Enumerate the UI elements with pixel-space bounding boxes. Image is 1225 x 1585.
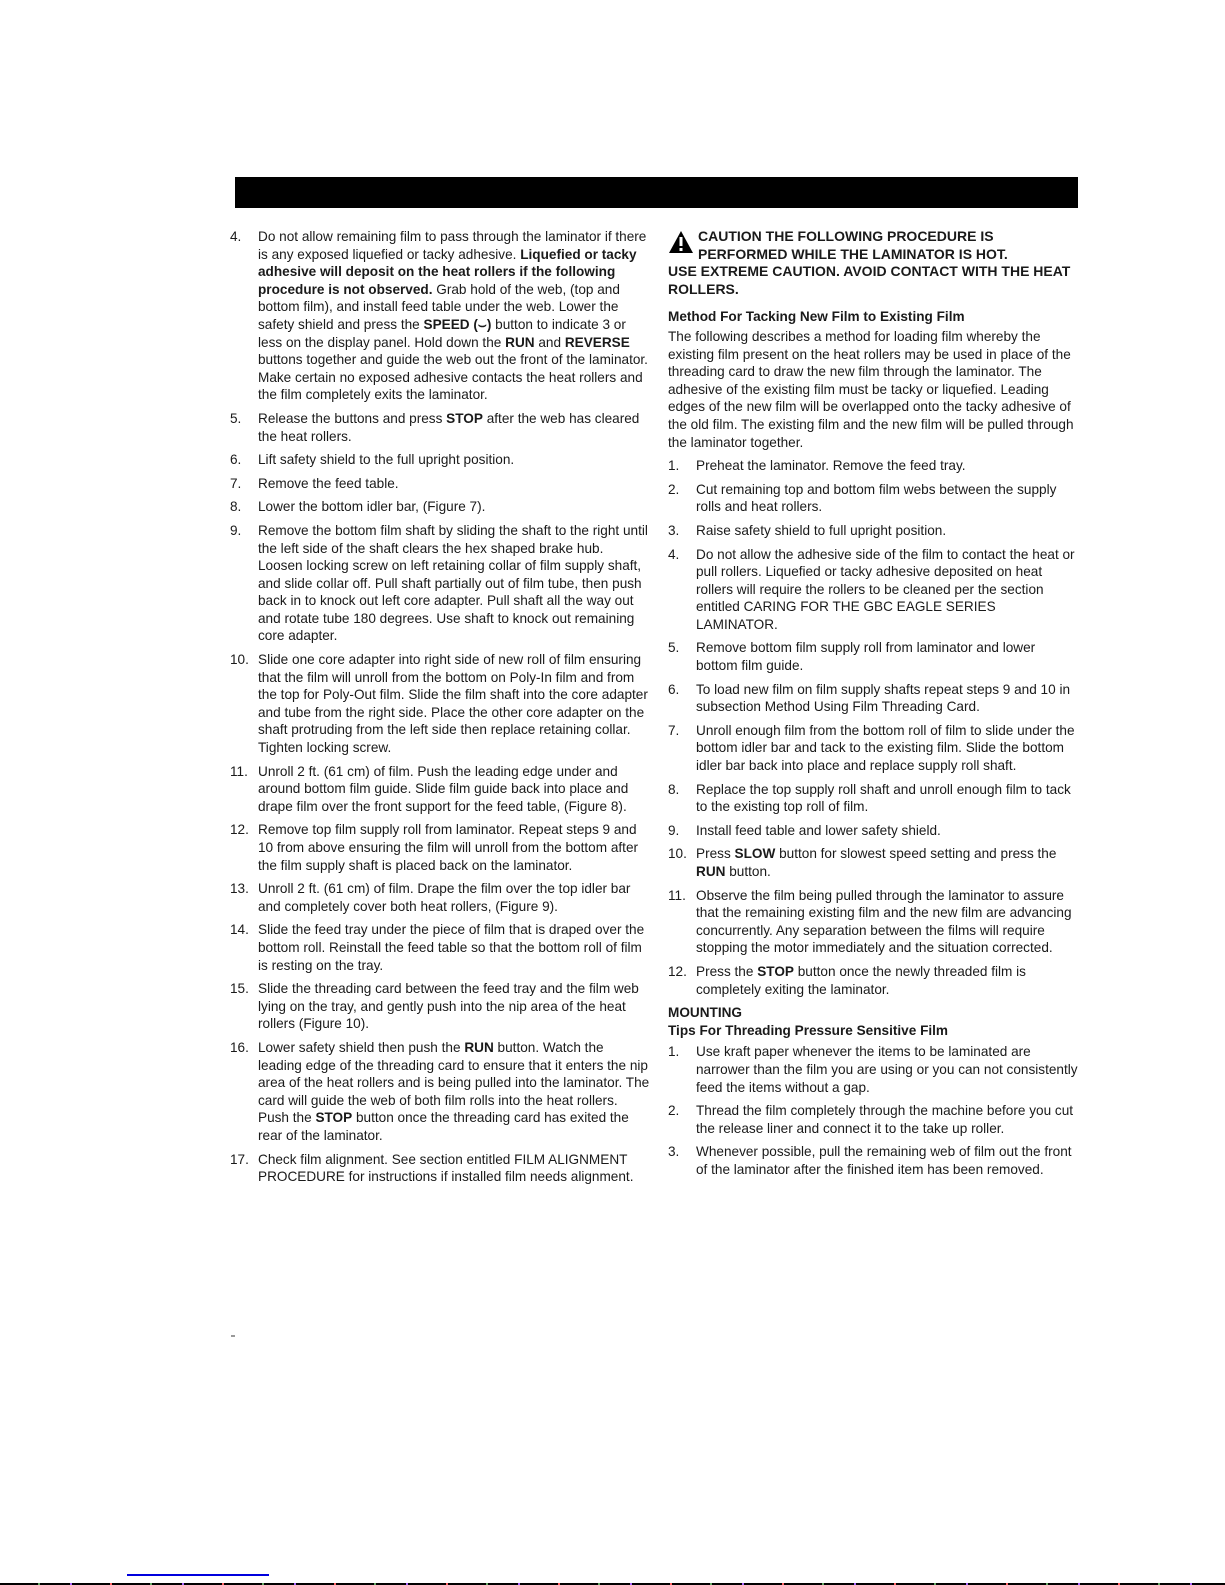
list-item: 11.Observe the film being pulled through… — [668, 887, 1080, 957]
item-text: Check film alignment. See section entitl… — [258, 1152, 633, 1185]
item-text: Do not allow the adhesive side of the fi… — [696, 547, 1075, 632]
list-item: 7.Remove the feed table. — [230, 475, 650, 493]
list-item: 10.Slide one core adapter into right sid… — [230, 651, 650, 757]
item-number: 10. — [230, 651, 258, 669]
item-text: Use kraft paper whenever the items to be… — [696, 1044, 1078, 1094]
item-number: 6. — [668, 681, 696, 699]
item-text: Lift safety shield to the full upright p… — [258, 452, 514, 467]
list-item: 2.Cut remaining top and bottom film webs… — [668, 481, 1080, 516]
item-text: Replace the top supply roll shaft and un… — [696, 782, 1071, 815]
tips-heading: Tips For Threading Pressure Sensitive Fi… — [668, 1022, 1080, 1040]
item-number: 1. — [668, 457, 696, 475]
list-item: 3.Raise safety shield to full upright po… — [668, 522, 1080, 540]
item-number: 5. — [668, 639, 696, 657]
section-header-bar — [235, 177, 1078, 208]
list-item: 4.Do not allow the adhesive side of the … — [668, 546, 1080, 634]
item-text: Raise safety shield to full upright posi… — [696, 523, 946, 538]
item-number: 16. — [230, 1039, 258, 1057]
item-text: To load new film on film supply shafts r… — [696, 682, 1070, 715]
item-text: Remove bottom film supply roll from lami… — [696, 640, 1035, 673]
item-number: 14. — [230, 921, 258, 939]
warning-triangle-icon — [668, 230, 694, 254]
caution-line-2: PERFORMED WHILE THE LAMINATOR IS HOT. — [668, 246, 1080, 264]
item-number: 9. — [230, 522, 258, 540]
item-text: Release the buttons and press STOP after… — [258, 411, 639, 444]
list-item: 1.Use kraft paper whenever the items to … — [668, 1043, 1080, 1096]
item-text: Unroll enough film from the bottom roll … — [696, 723, 1075, 773]
item-number: 7. — [668, 722, 696, 740]
item-text: Cut remaining top and bottom film webs b… — [696, 482, 1056, 515]
item-text: Remove the bottom film shaft by sliding … — [258, 523, 648, 644]
right-column: CAUTION THE FOLLOWING PROCEDURE IS PERFO… — [668, 228, 1080, 1185]
item-text: Unroll 2 ft. (61 cm) of film. Drape the … — [258, 881, 630, 914]
list-item: 2.Thread the film completely through the… — [668, 1102, 1080, 1137]
list-item: 12.Remove top film supply roll from lami… — [230, 821, 650, 874]
item-number: 10. — [668, 845, 696, 863]
item-text: Preheat the laminator. Remove the feed t… — [696, 458, 966, 473]
caution-line-1: CAUTION THE FOLLOWING PROCEDURE IS — [668, 228, 1080, 246]
list-item: 9.Remove the bottom film shaft by slidin… — [230, 522, 650, 645]
item-text: Remove the feed table. — [258, 476, 399, 491]
item-text: Press the STOP button once the newly thr… — [696, 964, 1026, 997]
item-number: 1. — [668, 1043, 696, 1061]
list-item: 8.Lower the bottom idler bar, (Figure 7)… — [230, 498, 650, 516]
list-item: 1.Preheat the laminator. Remove the feed… — [668, 457, 1080, 475]
item-number: 17. — [230, 1151, 258, 1169]
item-number: 15. — [230, 980, 258, 998]
item-text: Unroll 2 ft. (61 cm) of film. Push the l… — [258, 764, 628, 814]
item-number: 8. — [230, 498, 258, 516]
item-text: Press SLOW button for slowest speed sett… — [696, 846, 1056, 879]
list-item: 14.Slide the feed tray under the piece o… — [230, 921, 650, 974]
list-item: 16.Lower safety shield then push the RUN… — [230, 1039, 650, 1145]
mounting-heading: MOUNTING — [668, 1004, 1080, 1022]
item-text: Thread the film completely through the m… — [696, 1103, 1073, 1136]
list-item: 10.Press SLOW button for slowest speed s… — [668, 845, 1080, 880]
item-number: 11. — [668, 887, 696, 905]
method-steps-list: 1.Preheat the laminator. Remove the feed… — [668, 457, 1080, 998]
tips-list: 1.Use kraft paper whenever the items to … — [668, 1043, 1080, 1178]
list-item: 4.Do not allow remaining film to pass th… — [230, 228, 650, 404]
list-item: 5.Remove bottom film supply roll from la… — [668, 639, 1080, 674]
caution-line-3: USE EXTREME CAUTION. AVOID CONTACT WITH … — [668, 263, 1080, 298]
item-text: Do not allow remaining film to pass thro… — [258, 229, 648, 402]
link-underline[interactable] — [127, 1574, 269, 1576]
item-number: 2. — [668, 1102, 696, 1120]
caution-notice: CAUTION THE FOLLOWING PROCEDURE IS PERFO… — [668, 228, 1080, 298]
item-text: Slide the threading card between the fee… — [258, 981, 639, 1031]
item-number: 11. — [230, 763, 258, 781]
list-item: 6.Lift safety shield to the full upright… — [230, 451, 650, 469]
list-item: 13.Unroll 2 ft. (61 cm) of film. Drape t… — [230, 880, 650, 915]
item-number: 8. — [668, 781, 696, 799]
item-number: 9. — [668, 822, 696, 840]
item-number: 2. — [668, 481, 696, 499]
left-column: 4.Do not allow remaining film to pass th… — [230, 228, 650, 1192]
item-number: 6. — [230, 451, 258, 469]
item-text: Whenever possible, pull the remaining we… — [696, 1144, 1072, 1177]
item-text: Lower safety shield then push the RUN bu… — [258, 1040, 649, 1143]
item-number: 5. — [230, 410, 258, 428]
item-number: 13. — [230, 880, 258, 898]
list-item: 5.Release the buttons and press STOP aft… — [230, 410, 650, 445]
item-text: Observe the film being pulled through th… — [696, 888, 1072, 956]
list-item: 9.Install feed table and lower safety sh… — [668, 822, 1080, 840]
list-item: 15.Slide the threading card between the … — [230, 980, 650, 1033]
list-item: 6.To load new film on film supply shafts… — [668, 681, 1080, 716]
item-text: Slide one core adapter into right side o… — [258, 652, 648, 755]
item-number: 12. — [668, 963, 696, 981]
list-item: 3.Whenever possible, pull the remaining … — [668, 1143, 1080, 1178]
list-item: 8.Replace the top supply roll shaft and … — [668, 781, 1080, 816]
list-item: 7.Unroll enough film from the bottom rol… — [668, 722, 1080, 775]
item-number: 3. — [668, 1143, 696, 1161]
item-text: Remove top film supply roll from laminat… — [258, 822, 638, 872]
item-number: 4. — [668, 546, 696, 564]
list-item: 17.Check film alignment. See section ent… — [230, 1151, 650, 1186]
list-item: 12.Press the STOP button once the newly … — [668, 963, 1080, 998]
item-number: 3. — [668, 522, 696, 540]
item-number: 4. — [230, 228, 258, 246]
item-text: Lower the bottom idler bar, (Figure 7). — [258, 499, 485, 514]
method-intro: The following describes a method for loa… — [668, 328, 1080, 451]
list-item: 11.Unroll 2 ft. (61 cm) of film. Push th… — [230, 763, 650, 816]
item-text: Slide the feed tray under the piece of f… — [258, 922, 644, 972]
item-number: 12. — [230, 821, 258, 839]
item-number: 7. — [230, 475, 258, 493]
left-steps-list: 4.Do not allow remaining film to pass th… — [230, 228, 650, 1186]
item-text: Install feed table and lower safety shie… — [696, 823, 941, 838]
scan-artifact — [231, 1335, 235, 1337]
method-heading: Method For Tacking New Film to Existing … — [668, 308, 1080, 326]
